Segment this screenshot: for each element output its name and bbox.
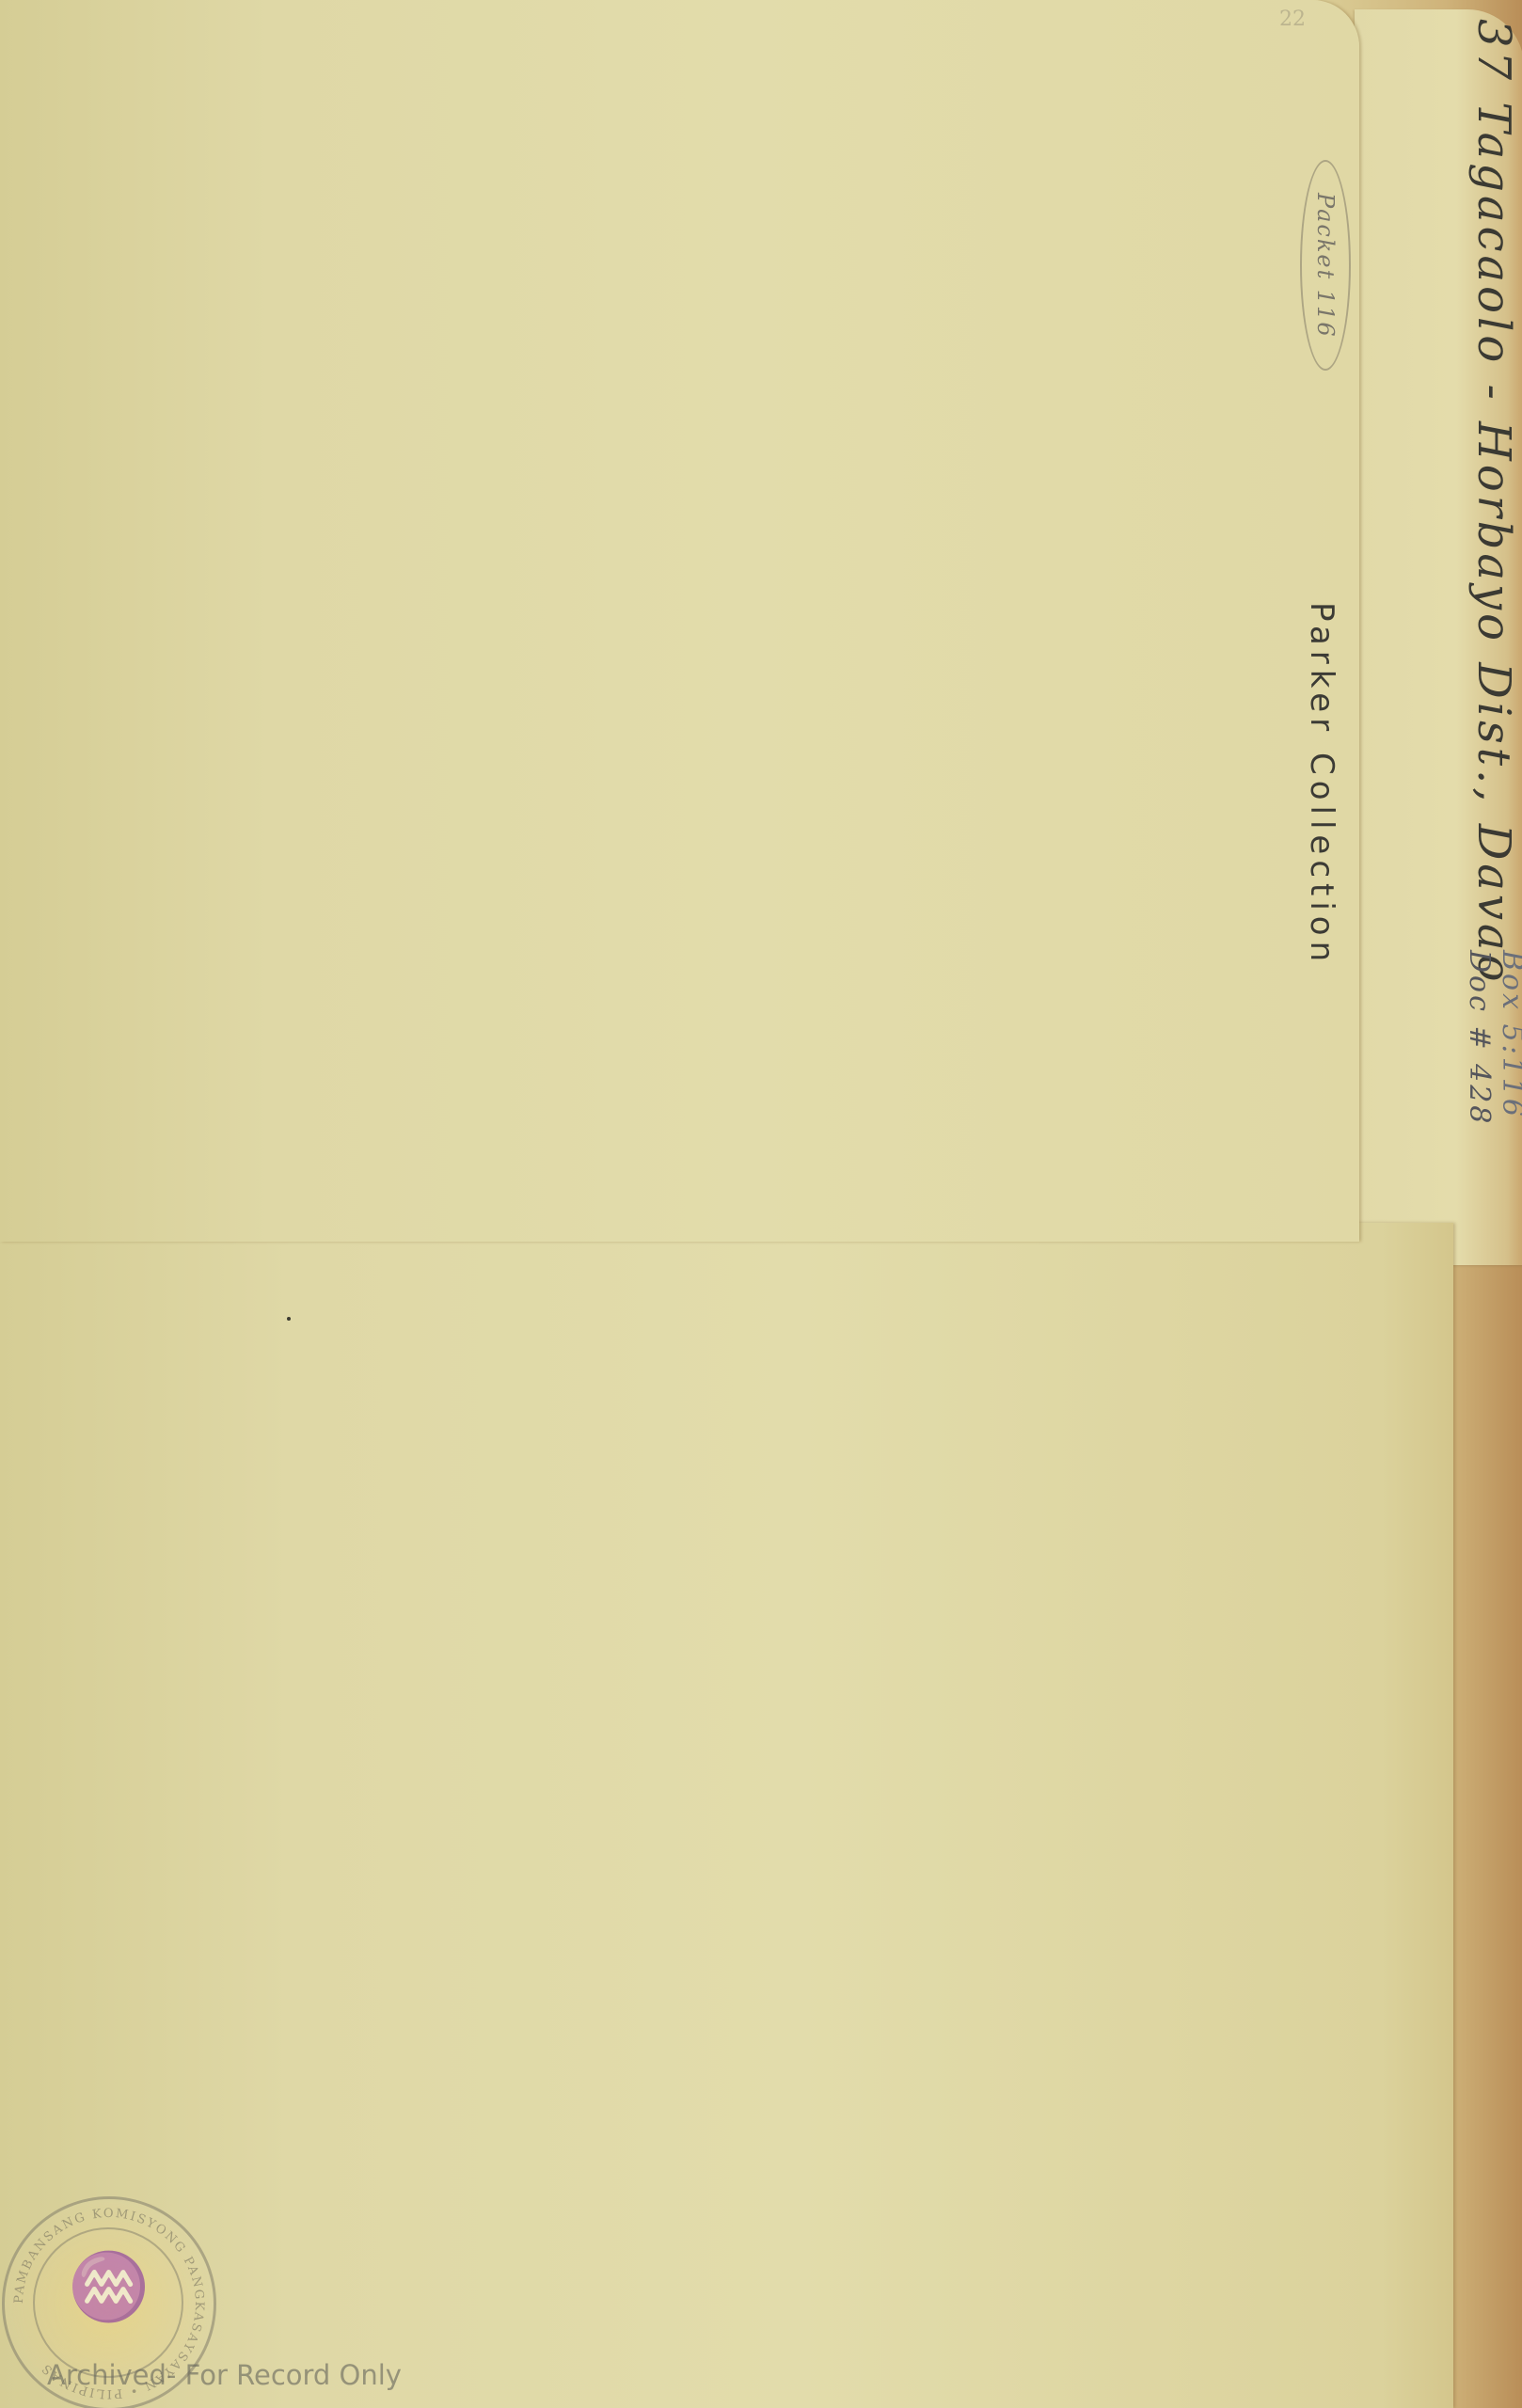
box-label: Box 5:116 [1496, 950, 1522, 1119]
archive-watermark: Archived- For Record Only [47, 2359, 402, 2391]
packet-label: Packet 116 [1312, 193, 1339, 339]
folder-scan: 22 37 Tagacaolo - Horbayo Dist., Davao B… [0, 0, 1522, 2408]
packet-oval: Packet 116 [1300, 160, 1351, 371]
collection-label: Parker Collection [1303, 602, 1340, 967]
seal-emblem-icon: ♒ [5, 2254, 214, 2320]
folder-front-panel [0, 0, 1359, 1242]
folder-front-lower [0, 1223, 1453, 2408]
tab-label: 37 Tagacaolo - Horbayo Dist., Davao [1467, 19, 1520, 986]
ink-dot [287, 1317, 291, 1321]
page-mark: 22 [1279, 8, 1306, 31]
doc-label: Doc # 428 [1463, 950, 1496, 1126]
